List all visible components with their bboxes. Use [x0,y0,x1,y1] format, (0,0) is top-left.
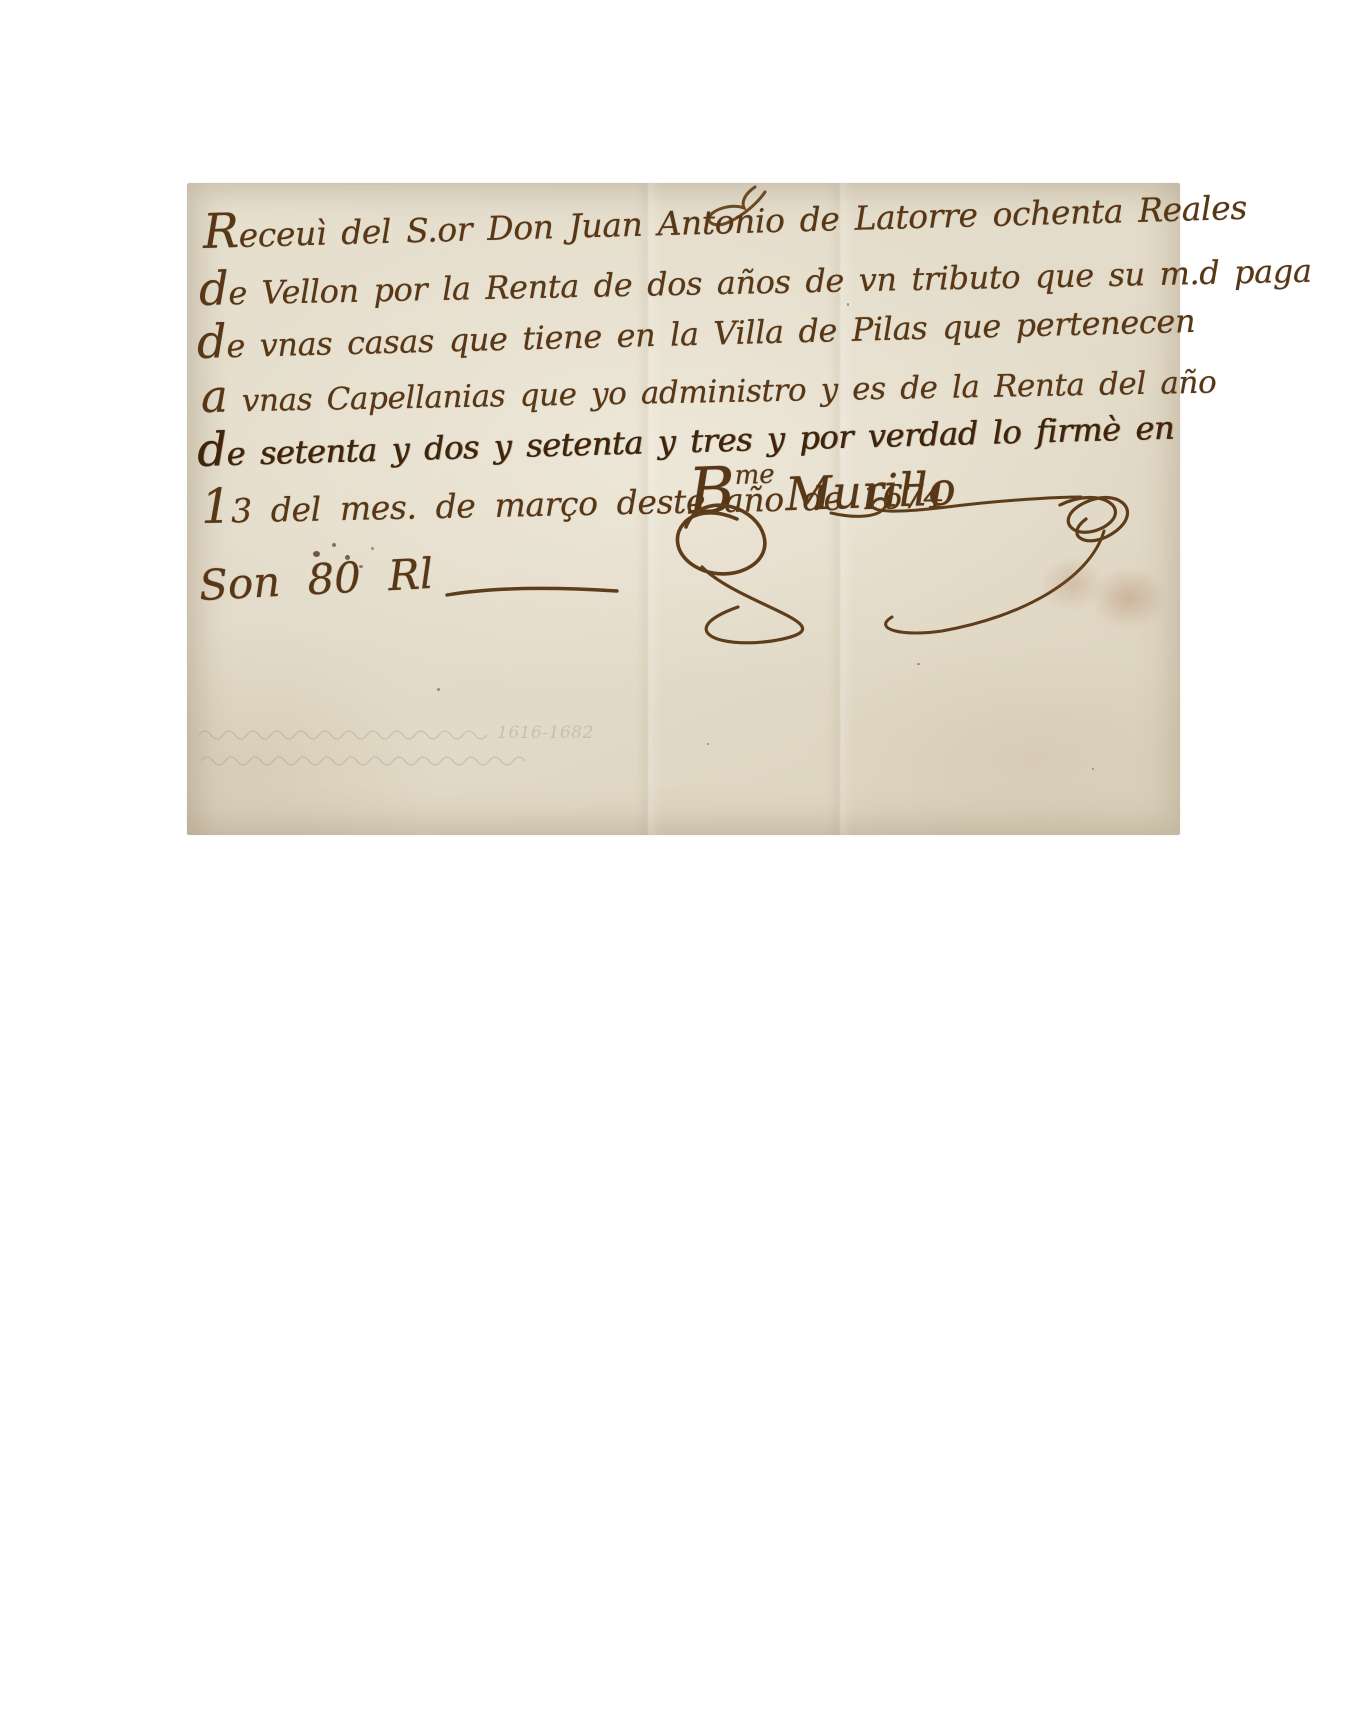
paper-speck [1092,768,1094,770]
sum-text: Son 80 Rl [198,549,435,610]
page-background: Receuì del S.or Don Juan Antonio de Lato… [0,0,1362,1733]
pencil-inscription-row [201,749,531,773]
paper-stain [1027,541,1177,636]
ink-spatter [332,543,336,547]
ink-spatter [313,551,320,557]
paper-speck [847,303,849,306]
paper-speck [917,663,920,665]
ink-spatter [371,547,374,550]
pencil-years-text: 1616-1682 [497,723,594,743]
pencil-squiggle [199,723,489,743]
pencil-squiggle [201,749,531,769]
ink-spatter [359,565,363,568]
paper-speck [437,688,440,691]
manuscript-document: Receuì del S.or Don Juan Antonio de Lato… [187,183,1180,835]
ink-spatter [323,563,326,566]
pencil-inscription-row: 1616-1682 [199,723,594,743]
sum-line: Son 80 Rl [195,545,625,635]
paper-speck [707,743,709,745]
sum-dash-flourish [445,581,620,607]
ink-spatter [345,555,350,560]
